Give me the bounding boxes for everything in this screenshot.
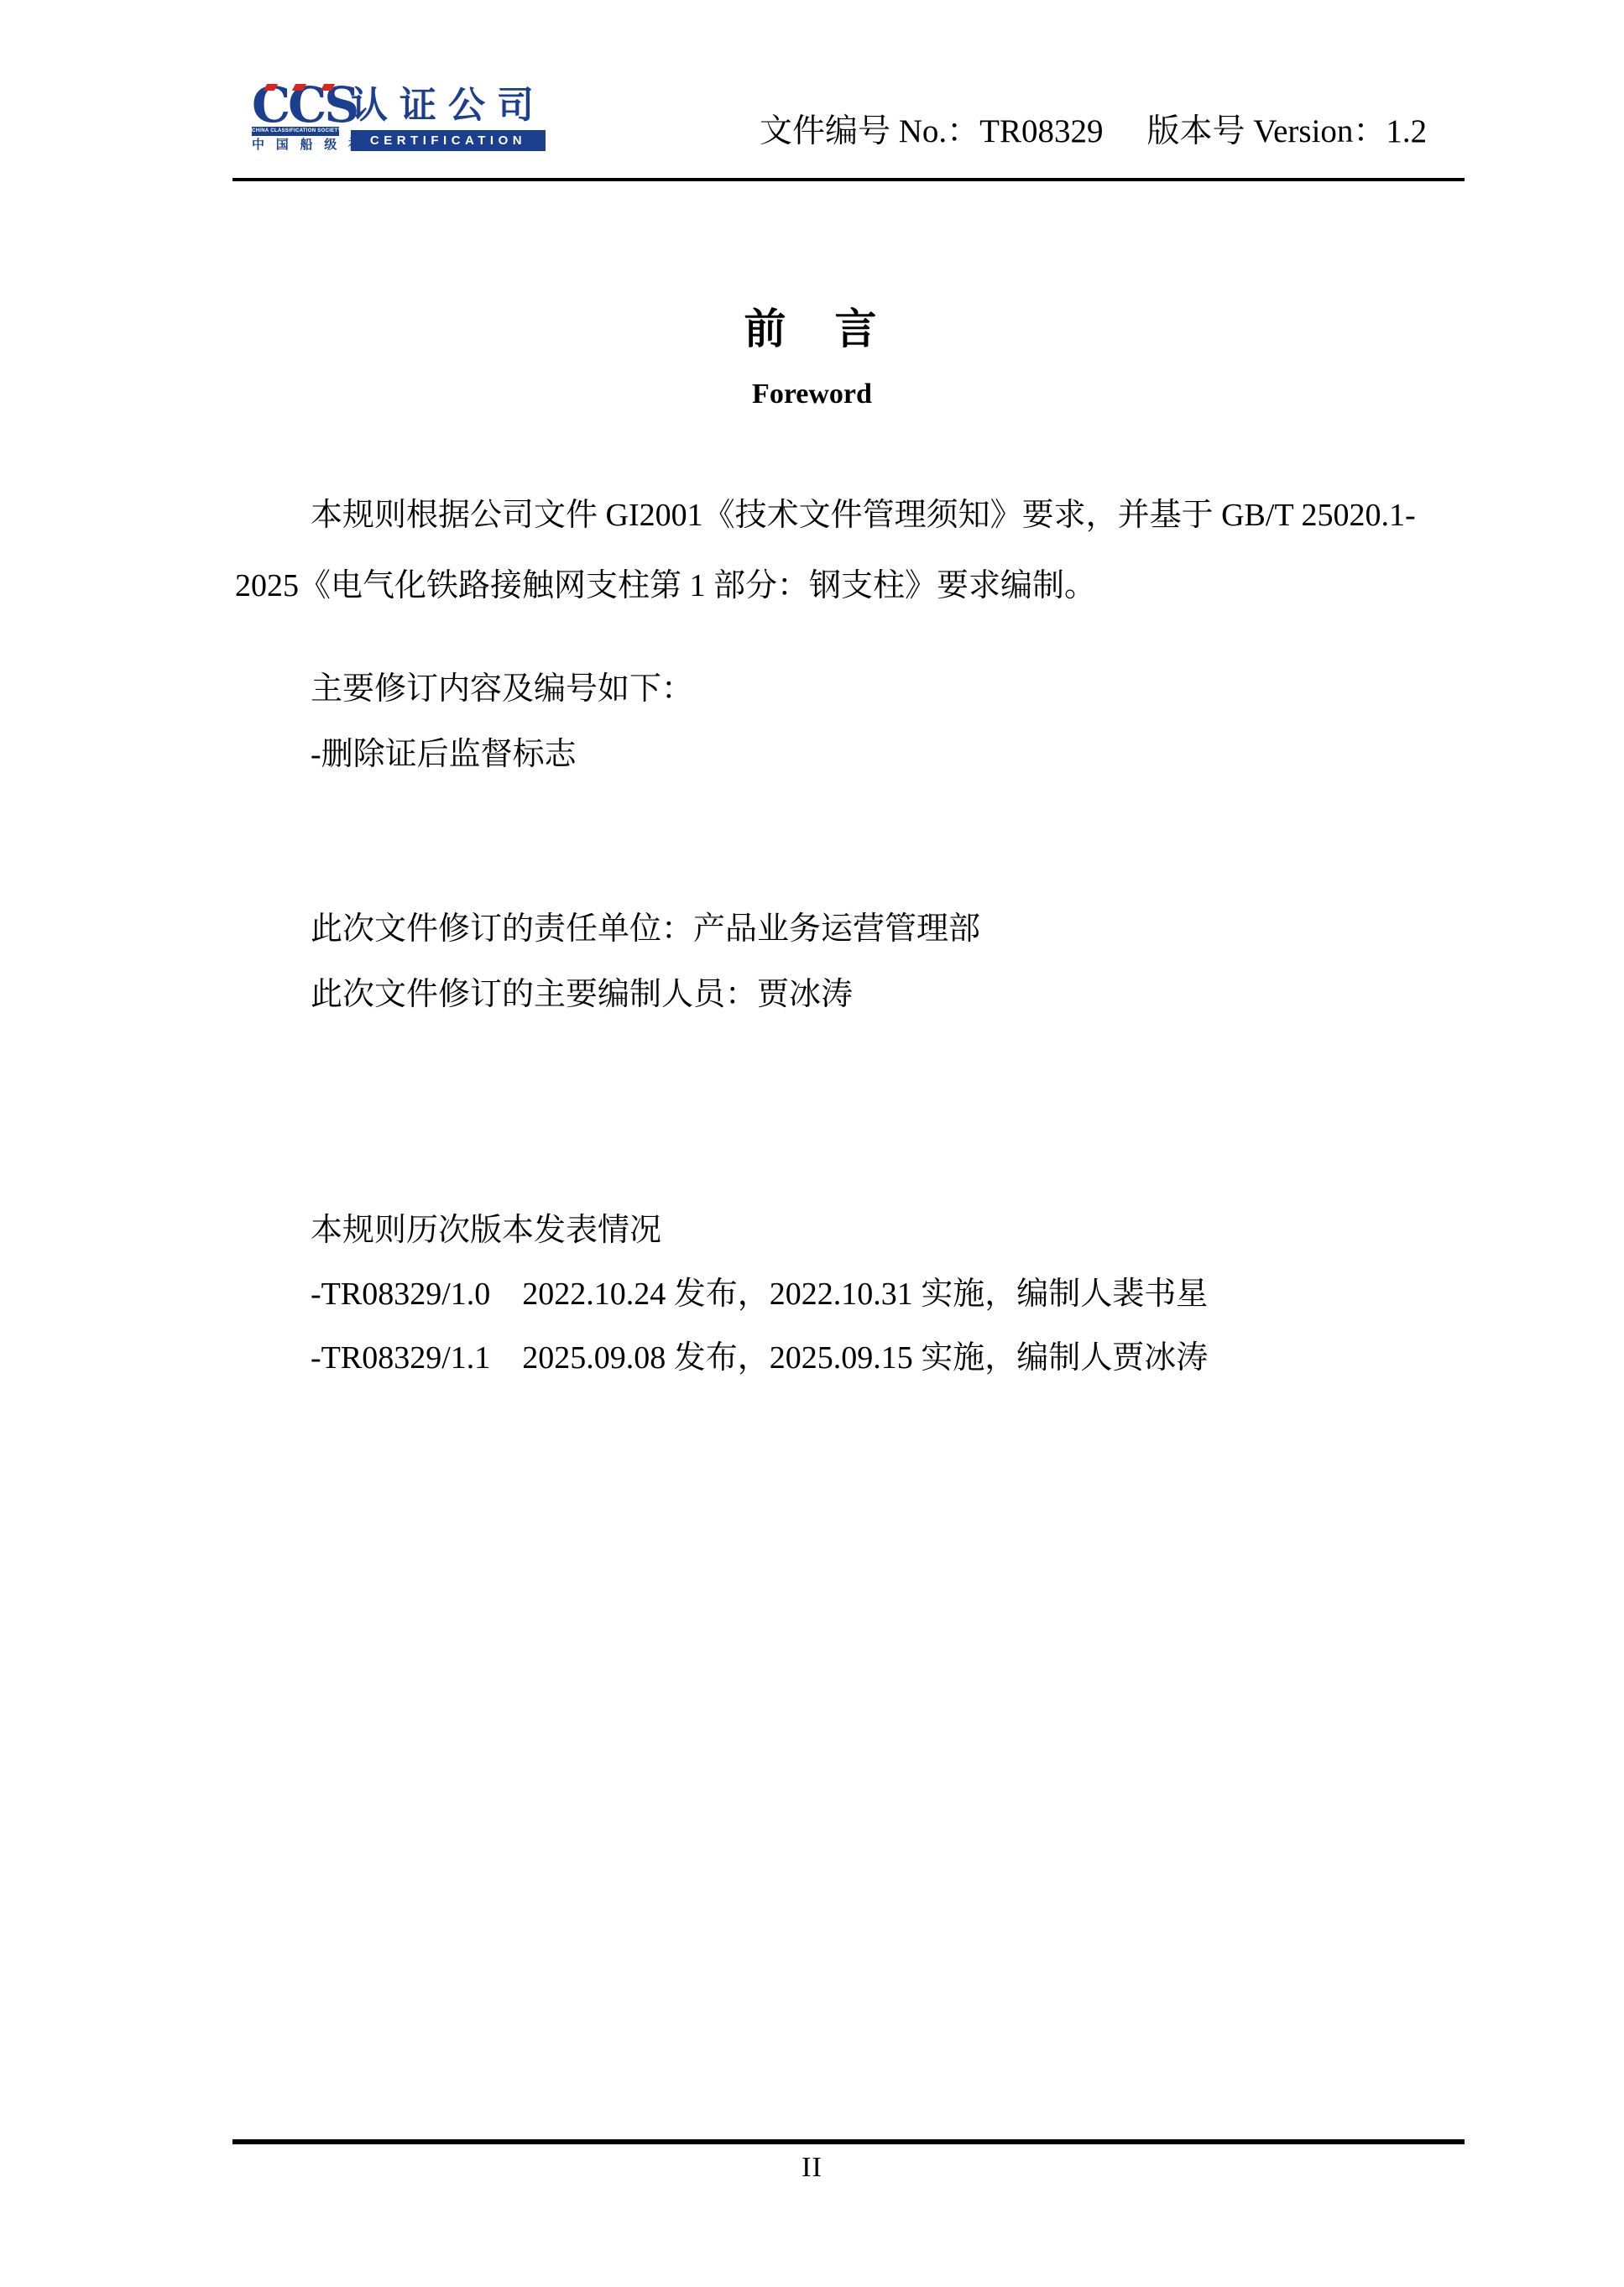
ccs-letters-wrap: CCS bbox=[252, 84, 339, 126]
version-history-section: 本规则历次版本发表情况 -TR08329/1.0 2022.10.24 发布，2… bbox=[311, 1198, 1208, 1390]
certification-bar: CERTIFICATION bbox=[351, 130, 546, 151]
page-title-english: Foreword bbox=[0, 376, 1624, 413]
intro-line: 本规则根据公司文件 GI2001《技术文件管理须知》要求，并基于 GB/T 25… bbox=[235, 480, 1469, 551]
responsibility-line: 此次文件修订的主要编制人员：贾冰涛 bbox=[311, 962, 980, 1027]
responsibility-section: 此次文件修订的责任单位：产品业务运营管理部 此次文件修订的主要编制人员：贾冰涛 bbox=[311, 896, 980, 1027]
certification-company-name: 认证公司 bbox=[351, 84, 546, 128]
revision-heading: 主要修订内容及编号如下： bbox=[311, 656, 693, 722]
ccs-logo: CCS CHINA CLASSIFICATION SOCIETY 中 国 船 级… bbox=[252, 84, 546, 153]
ccs-logo-right: 认证公司 CERTIFICATION bbox=[351, 84, 546, 151]
revision-item: -删除证后监督标志 bbox=[311, 722, 693, 787]
intro-line: 2025《电气化铁路接触网支柱第 1 部分：钢支柱》要求编制。 bbox=[235, 551, 1469, 621]
history-heading: 本规则历次版本发表情况 bbox=[311, 1198, 1208, 1262]
page-title-chinese: 前 言 bbox=[0, 304, 1624, 354]
intro-paragraph: 本规则根据公司文件 GI2001《技术文件管理须知》要求，并基于 GB/T 25… bbox=[235, 480, 1469, 621]
header-divider bbox=[232, 178, 1465, 181]
history-item: -TR08329/1.1 2025.09.08 发布，2025.09.15 实施… bbox=[311, 1326, 1208, 1390]
revision-section: 主要修订内容及编号如下： -删除证后监督标志 bbox=[311, 656, 693, 787]
document-page: CCS CHINA CLASSIFICATION SOCIETY 中 国 船 级… bbox=[0, 0, 1624, 2287]
ccs-logo-left: CCS CHINA CLASSIFICATION SOCIETY 中 国 船 级… bbox=[252, 84, 339, 153]
version-label: 版本号 Version：1.2 bbox=[1147, 112, 1428, 152]
footer-divider bbox=[232, 2139, 1465, 2144]
page-number: II bbox=[0, 2151, 1624, 2185]
doc-number-label: 文件编号 No.：TR08329 bbox=[760, 112, 1104, 152]
history-item: -TR08329/1.0 2022.10.24 发布，2022.10.31 实施… bbox=[311, 1262, 1208, 1326]
society-chinese-name: 中 国 船 级 社 bbox=[252, 138, 339, 153]
header-meta: 文件编号 No.：TR08329 版本号 Version：1.2 bbox=[760, 112, 1469, 152]
responsibility-line: 此次文件修订的责任单位：产品业务运营管理部 bbox=[311, 896, 980, 962]
